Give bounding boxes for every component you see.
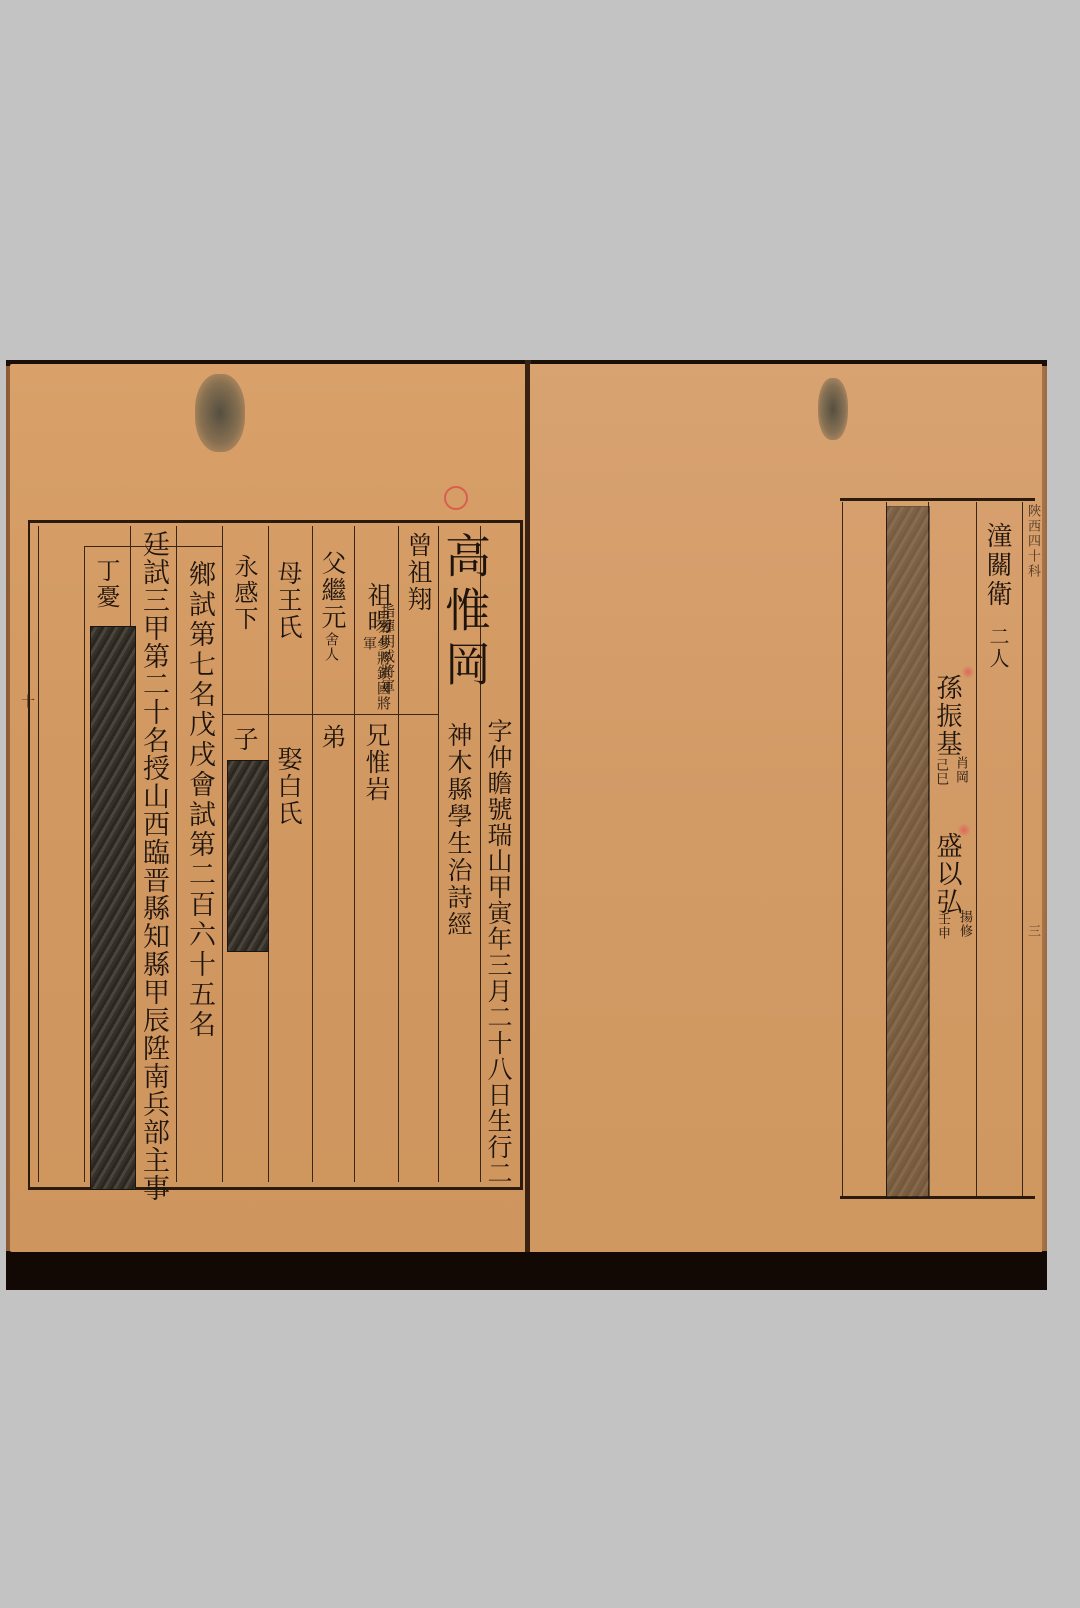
entry-year: 壬申 [936,912,949,940]
birth-info: 字仲瞻號瑞山甲寅年三月二十八日生行二 [486,718,511,1186]
mother-name: 母王氏 [276,560,301,641]
parents-status: 永感下 [232,554,256,632]
page-number: 三 [1026,924,1039,939]
entry-name: 盛以弘 [934,832,960,916]
father-name: 父繼元 [320,550,345,631]
redacted-block [227,760,269,952]
grandfather-title: 參將鎮國將軍 [362,636,390,716]
father-title: 舍人 [324,632,338,662]
red-seal-mark [444,486,468,510]
wife-name: 娶白氏 [276,746,301,827]
ink-smudge [818,378,848,440]
edge-label: 陜西四十科 [1026,504,1039,579]
entry-note: 肖岡 [954,756,967,784]
entry-note: 揚修 [958,910,971,938]
elder-brother: 兄惟岩 [364,722,389,803]
grandfather-name: 祖暘 [366,582,391,636]
son-label: 子 [232,726,257,753]
provincial-exam-record: 鄉試第七名戊戌會試第二百六十五名 [186,560,213,1040]
book-bottom-shadow [6,1252,1047,1290]
redacted-column [90,626,136,1190]
edge-label: 十 [20,694,34,710]
younger-brother: 弟 [320,724,345,751]
left-page: 高惟岡 字仲瞻號瑞山甲寅年三月二十八日生行二 神木縣學生治詩經 曾祖翔 指揮明威… [10,364,526,1252]
mourning-label: 丁憂 [94,558,118,610]
person-name-title: 高惟岡 [442,532,488,694]
great-grandfather-name: 曾祖翔 [406,532,431,613]
entry-year: 己巳 [934,758,947,786]
palace-exam-record: 廷試三甲第二十名授山西臨晋縣知縣甲辰陞南兵部主事 [140,530,167,1202]
section-count: 二人 [988,626,1008,670]
ink-smudge [195,374,245,452]
red-dot-mark [962,666,974,678]
school-info: 神木縣學生治詩經 [446,722,471,938]
open-book-scan: 高惟岡 字仲瞻號瑞山甲寅年三月二十八日生行二 神木縣學生治詩經 曾祖翔 指揮明威… [6,360,1047,1290]
right-page: 潼關衛 二人 孫振基 肖岡 己巳 盛以弘 揚修 壬申 陜西四十科 三 [530,364,1042,1252]
faded-column [886,506,930,1198]
entry-name: 孫振基 [934,674,960,758]
section-heading: 潼關衛 [984,522,1010,609]
